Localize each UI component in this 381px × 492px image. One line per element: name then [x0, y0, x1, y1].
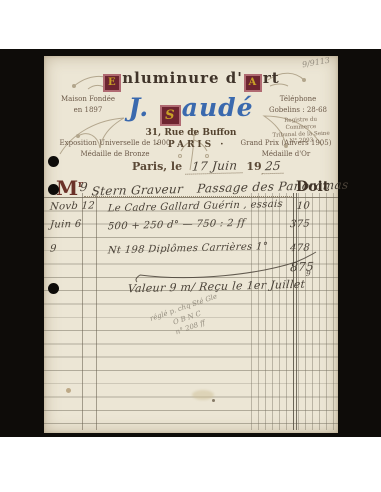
- title-text-1: nluminure d': [122, 69, 243, 87]
- handwritten-number: 9: [79, 180, 88, 194]
- entry-description: 500 + 250 d° — 750 : 2 ff: [107, 217, 288, 233]
- illuminated-initial-s: S: [160, 105, 181, 126]
- total-cents: 9: [306, 270, 311, 278]
- company-title: Enluminure d'Art: [44, 69, 338, 92]
- punch-hole: [48, 156, 59, 167]
- scan-page: 9/9113 Enluminure d'Art Maison Fondée en…: [0, 0, 381, 492]
- ledger-row: 9 Nt 198 Diplômes Carrières 1° 478: [44, 243, 338, 259]
- ledger-row: Juin 6 500 + 250 d° — 750 : 2 ff 375: [44, 219, 338, 235]
- punch-hole: [48, 283, 59, 294]
- paper-stain: [66, 388, 71, 393]
- printed-century: 19: [246, 160, 261, 173]
- entry-date: Novb 12: [50, 200, 97, 212]
- entry-date: Juin 6: [50, 218, 97, 230]
- handwritten-date: 17 Juin: [185, 158, 244, 174]
- exposition-block: Exposition Universelle de 1900 Médaille …: [52, 138, 178, 159]
- name-rest: audé: [182, 93, 254, 122]
- ledger-row: Novb 12 Le Cadre Gallard Guérin , essais…: [44, 201, 338, 217]
- date-line: Paris, le 17 Juin 1925: [132, 159, 332, 174]
- date-prefix: Paris, le: [132, 160, 182, 173]
- handwritten-year: 25: [261, 159, 284, 175]
- entry-amount: 375: [282, 219, 311, 231]
- entry-date: 9: [50, 242, 97, 254]
- grand-prix-block: Grand Prix (Anvers 1905) Médaille d'Or: [238, 138, 334, 159]
- photo-background: 9/9113 Enluminure d'Art Maison Fondée en…: [0, 49, 381, 437]
- street-address: 31, Rue de Buffon: [44, 128, 338, 138]
- grand-prix-line-2: Médaille d'Or: [238, 149, 334, 160]
- title-text-2: rt: [263, 69, 280, 87]
- punch-hole: [48, 184, 59, 195]
- name-initial-j: J.: [128, 93, 149, 122]
- entry-amount: 478: [282, 243, 311, 255]
- entry-amount: 10: [282, 201, 311, 213]
- exposition-line-2: Médaille de Bronze: [52, 149, 178, 160]
- illuminated-initial-a: A: [244, 74, 262, 92]
- grand-prix-line-1: Grand Prix (Anvers 1905): [238, 138, 334, 149]
- paper-stain: [212, 399, 215, 402]
- invoice-paper: 9/9113 Enluminure d'Art Maison Fondée en…: [44, 56, 338, 433]
- exposition-line-1: Exposition Universelle de 1900: [52, 138, 178, 149]
- paper-stain: [192, 390, 214, 400]
- entry-description: Le Cadre Gallard Guérin , essais: [107, 199, 288, 215]
- illuminated-initial-e: E: [103, 74, 121, 92]
- entry-description: Nt 198 Diplômes Carrières 1°: [107, 241, 288, 257]
